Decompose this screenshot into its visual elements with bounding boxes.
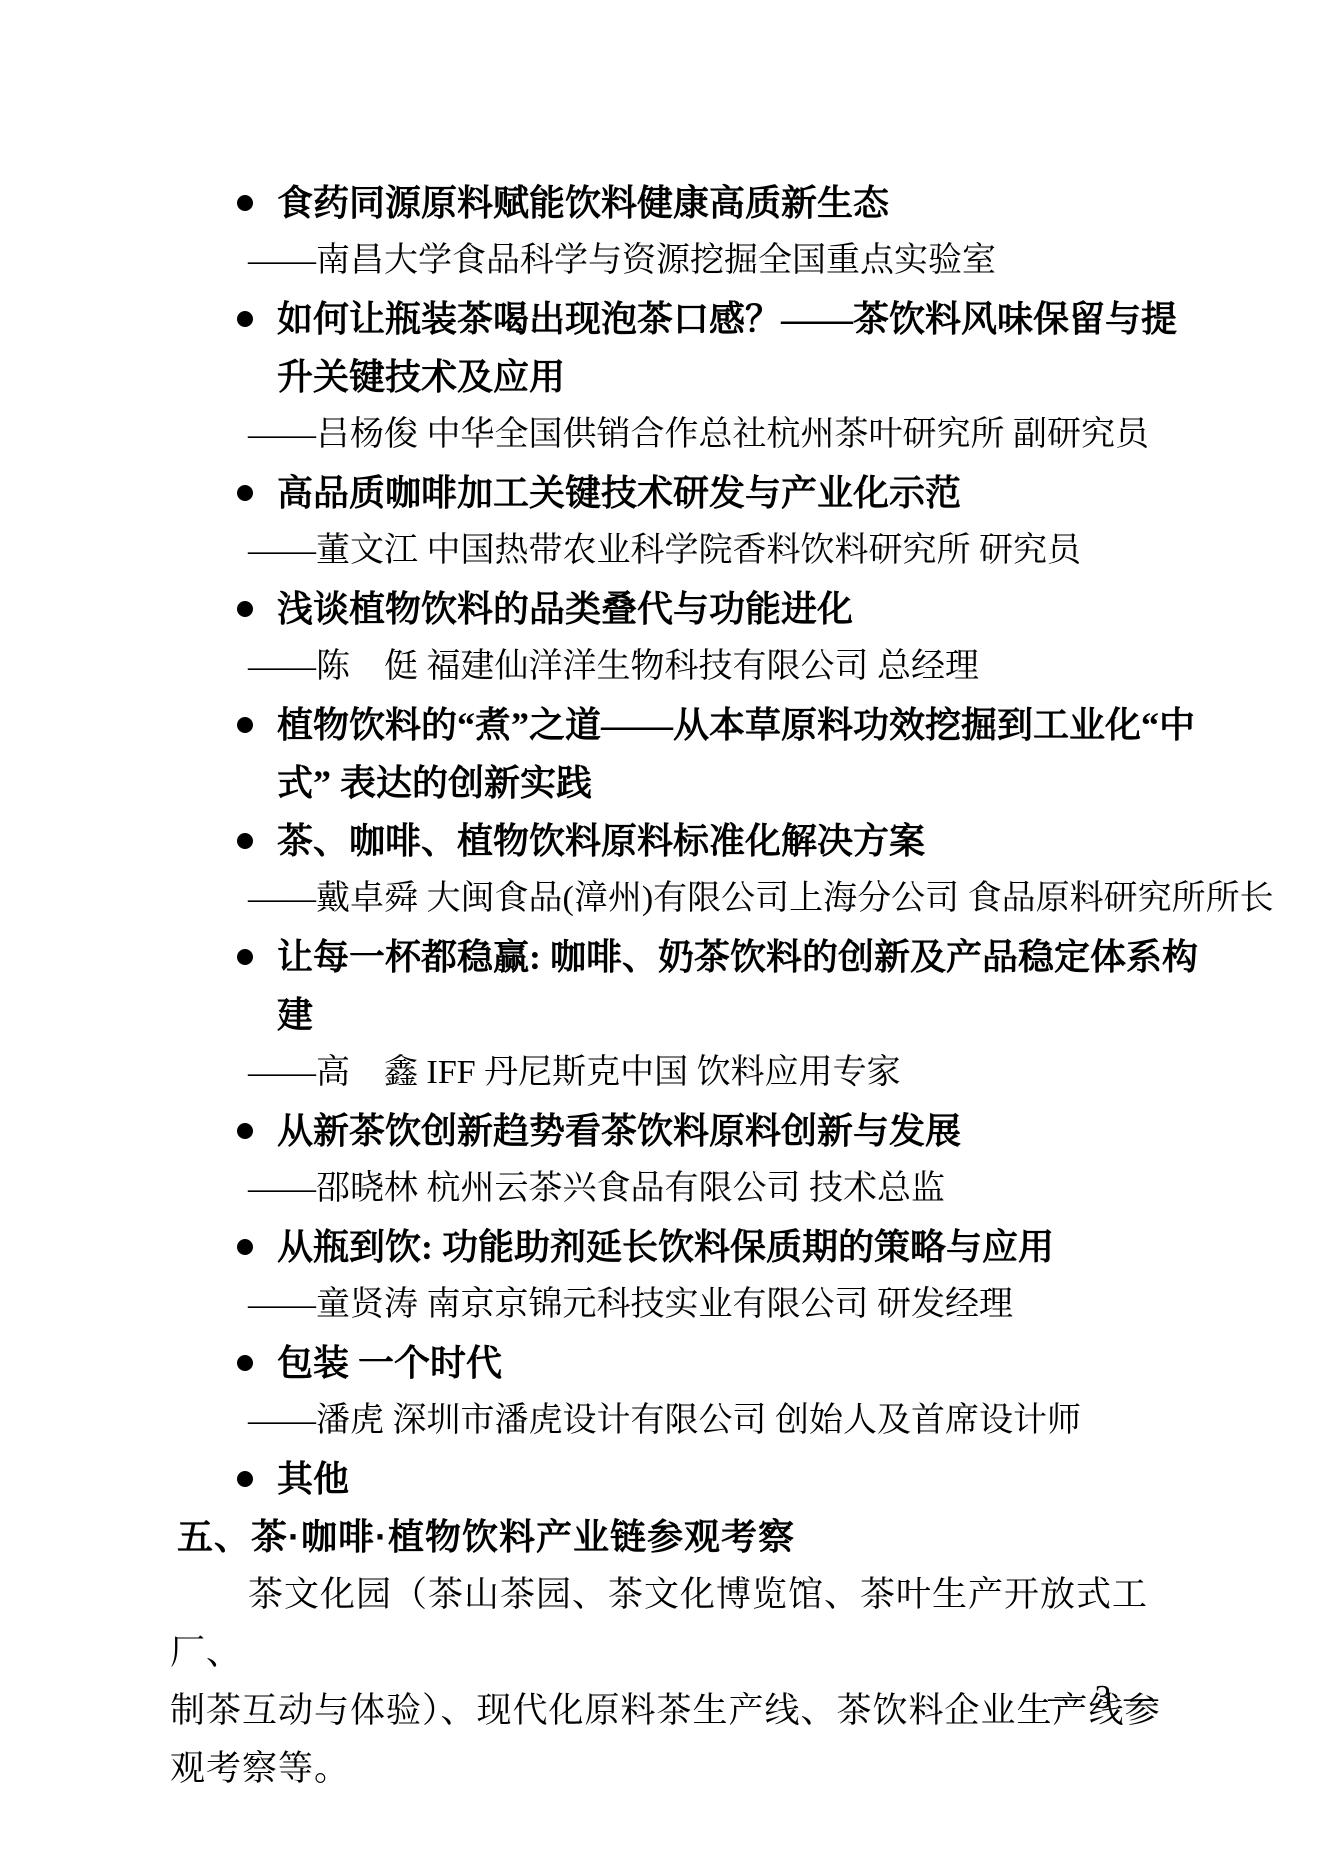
agenda-item: 食药同源原料赋能饮料健康高质新生态 ——南昌大学食品科学与资源挖掘全国重点实验室 (0, 174, 1323, 290)
page-content: 食药同源原料赋能饮料健康高质新生态 ——南昌大学食品科学与资源挖掘全国重点实验室… (0, 174, 1323, 1798)
talk-title: 包装 一个时代 (277, 1334, 1233, 1392)
agenda-item: 如何让瓶装茶喝出现泡茶口感？——茶饮料风味保留与提 升关键技术及应用 ——吕杨俊… (0, 290, 1323, 464)
agenda-item: 浅谈植物饮料的品类叠代与功能进化 ——陈 侹 福建仙洋洋生物科技有限公司 总经理 (0, 580, 1323, 696)
agenda-item: 其他 (0, 1450, 1323, 1508)
talk-speaker: ——邵晓林 杭州云茶兴食品有限公司 技术总监 (248, 1160, 1283, 1218)
bullet-icon (237, 195, 253, 211)
talk-title: 如何让瓶装茶喝出现泡茶口感？——茶饮料风味保留与提 升关键技术及应用 (277, 290, 1233, 406)
agenda-item: 茶、咖啡、植物饮料原料标准化解决方案 ——戴卓舜 大闽食品(漳州)有限公司上海分… (0, 812, 1323, 928)
talk-speaker: ——戴卓舜 大闽食品(漳州)有限公司上海分公司 食品原料研究所所长 (248, 870, 1283, 928)
agenda-item: 从瓶到饮: 功能助剂延长饮料保质期的策略与应用 ——童贤涛 南京京锦元科技实业有… (0, 1218, 1323, 1334)
talk-speaker: ——潘虎 深圳市潘虎设计有限公司 创始人及首席设计师 (248, 1392, 1283, 1450)
agenda-list: 食药同源原料赋能饮料健康高质新生态 ——南昌大学食品科学与资源挖掘全国重点实验室… (0, 174, 1323, 1508)
bullet-icon (237, 485, 253, 501)
section-paragraph: 茶文化园（茶山茶园、茶文化博览馆、茶叶生产开放式工厂、 制茶互动与体验）、现代化… (170, 1566, 1173, 1798)
agenda-item: 植物饮料的“煮”之道——从本草原料功效挖掘到工业化“中 式” 表达的创新实践 (0, 696, 1323, 812)
bullet-icon (237, 601, 253, 617)
talk-title: 从新茶饮创新趋势看茶饮料原料创新与发展 (277, 1102, 1233, 1160)
talk-title: 让每一杯都稳赢: 咖啡、奶茶饮料的创新及产品稳定体系构建 (277, 928, 1233, 1044)
talk-title: 茶、咖啡、植物饮料原料标准化解决方案 (277, 812, 1233, 870)
talk-speaker: ——高 鑫 IFF 丹尼斯克中国 饮料应用专家 (248, 1044, 1283, 1102)
talk-speaker: ——陈 侹 福建仙洋洋生物科技有限公司 总经理 (248, 638, 1283, 696)
talk-speaker: ——吕杨俊 中华全国供销合作总社杭州茶叶研究所 副研究员 (248, 406, 1283, 464)
bullet-icon (237, 1123, 253, 1139)
talk-title: 食药同源原料赋能饮料健康高质新生态 (277, 174, 1233, 232)
agenda-item: 包装 一个时代 ——潘虎 深圳市潘虎设计有限公司 创始人及首席设计师 (0, 1334, 1323, 1450)
bullet-icon (237, 1355, 253, 1371)
bullet-icon (237, 949, 253, 965)
talk-title: 植物饮料的“煮”之道——从本草原料功效挖掘到工业化“中 式” 表达的创新实践 (277, 696, 1233, 812)
bullet-icon (237, 311, 253, 327)
agenda-item: 高品质咖啡加工关键技术研发与产业化示范 ——董文江 中国热带农业科学院香料饮料研… (0, 464, 1323, 580)
talk-title: 浅谈植物饮料的品类叠代与功能进化 (277, 580, 1233, 638)
bullet-icon (237, 1239, 253, 1255)
talk-title: 高品质咖啡加工关键技术研发与产业化示范 (277, 464, 1233, 522)
talk-title: 从瓶到饮: 功能助剂延长饮料保质期的策略与应用 (277, 1218, 1233, 1276)
section-heading: 五、茶·咖啡·植物饮料产业链参观考察 (177, 1508, 1323, 1566)
bullet-icon (237, 717, 253, 733)
talk-speaker: ——南昌大学食品科学与资源挖掘全国重点实验室 (248, 232, 1283, 290)
agenda-item: 让每一杯都稳赢: 咖啡、奶茶饮料的创新及产品稳定体系构建 ——高 鑫 IFF 丹… (0, 928, 1323, 1102)
page-number: — 3 — (1048, 1678, 1160, 1718)
talk-title: 其他 (277, 1450, 1233, 1508)
bullet-icon (237, 1471, 253, 1487)
document-page: 食药同源原料赋能饮料健康高质新生态 ——南昌大学食品科学与资源挖掘全国重点实验室… (0, 0, 1323, 1871)
talk-speaker: ——童贤涛 南京京锦元科技实业有限公司 研发经理 (248, 1276, 1283, 1334)
bullet-icon (237, 833, 253, 849)
talk-speaker: ——董文江 中国热带农业科学院香料饮料研究所 研究员 (248, 522, 1283, 580)
agenda-item: 从新茶饮创新趋势看茶饮料原料创新与发展 ——邵晓林 杭州云茶兴食品有限公司 技术… (0, 1102, 1323, 1218)
